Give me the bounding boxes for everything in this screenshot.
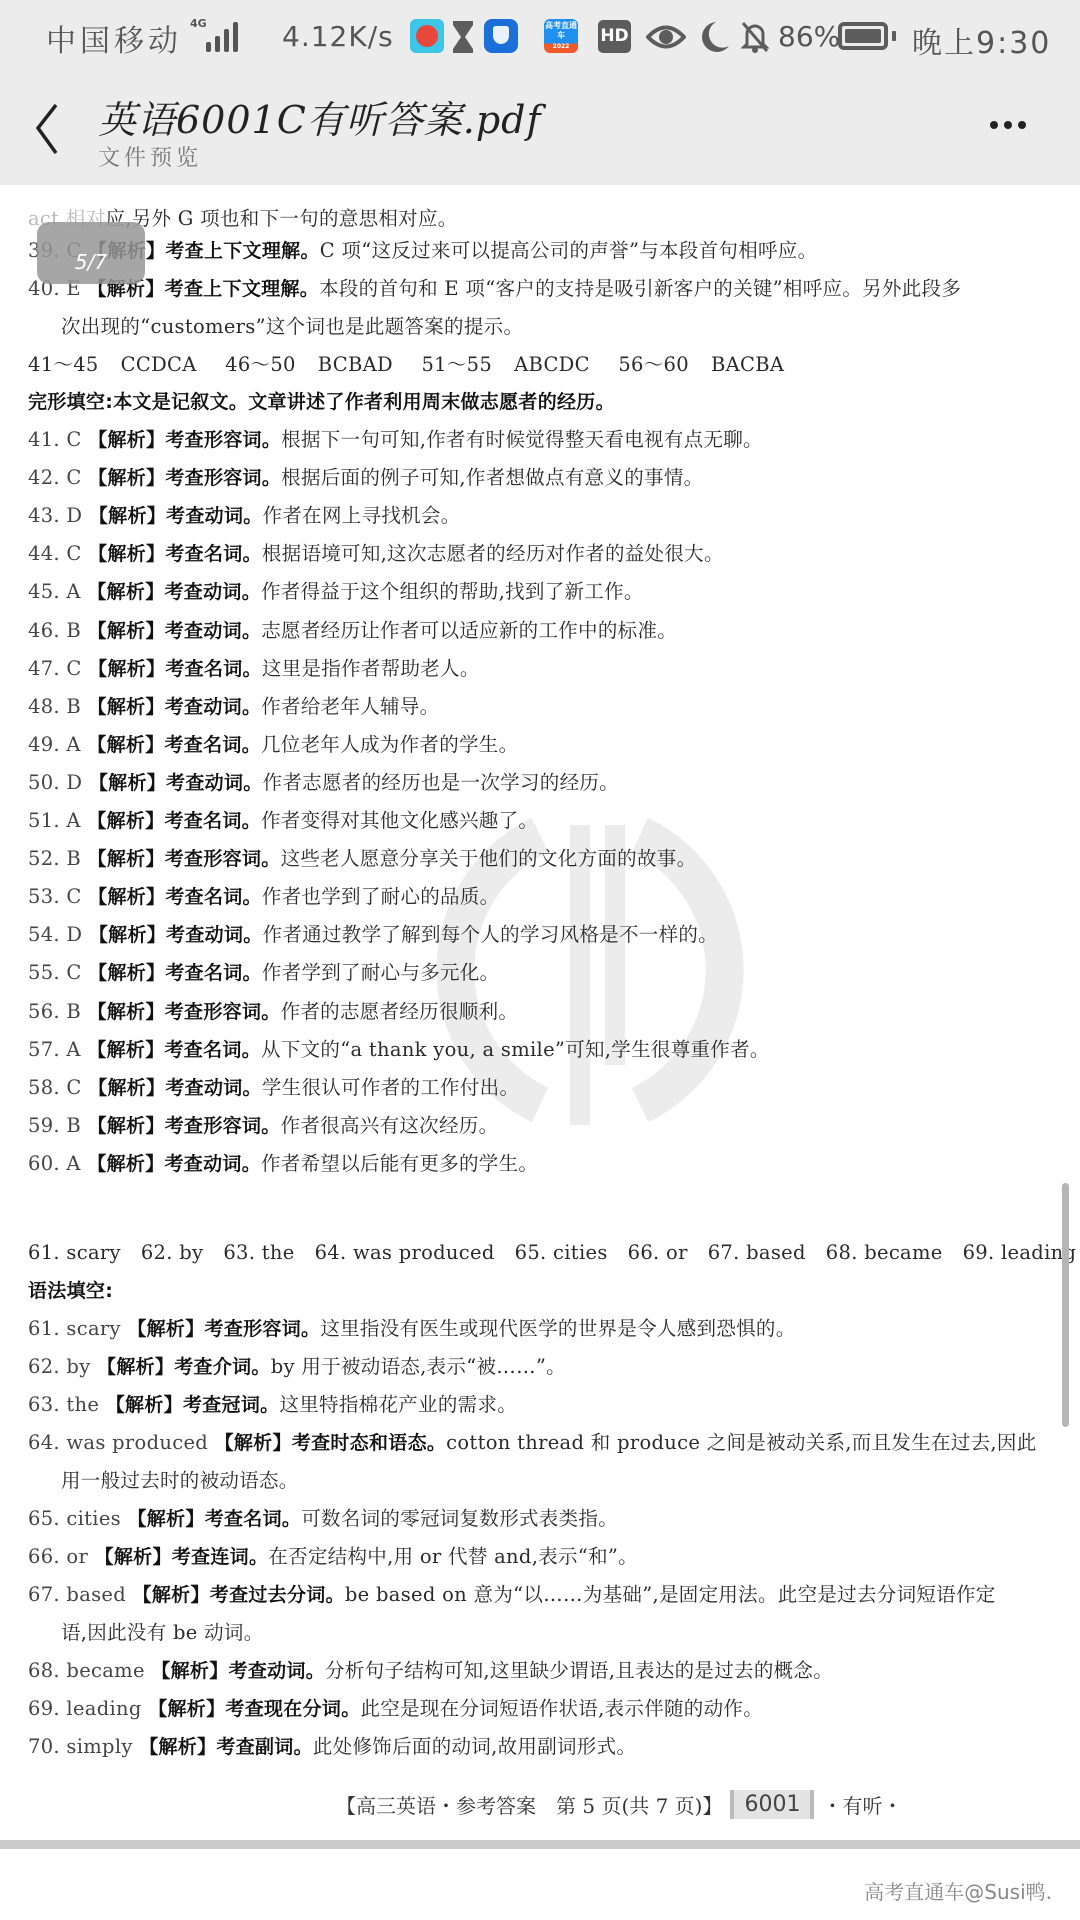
answer-item-40: 40. E 【解析】考查上下文理解。本段的首句和 E 项“客户的支持是吸引新客户…: [28, 275, 961, 303]
grammar-heading: 语法填空:: [28, 1277, 113, 1305]
grammar-answer: 65. cities: [515, 1241, 608, 1264]
document-subtitle: 文件预览: [98, 141, 202, 172]
hourglass-icon: [452, 20, 474, 54]
network-speed: 4.12K/s: [282, 20, 394, 53]
grammar-item: 66. or 【解析】考查连词。在否定结构中,用 or 代替 and,表示“和”…: [28, 1543, 638, 1571]
cloze-item: 49. A 【解析】考查名词。几位老年人成为作者的学生。: [28, 731, 518, 759]
cloze-item: 53. C 【解析】考查名词。作者也学到了耐心的品质。: [28, 883, 499, 911]
cloze-item: 47. C 【解析】考查名词。这里是指作者帮助老人。: [28, 655, 480, 683]
grammar-answer: 64. was produced: [315, 1241, 495, 1264]
eye-icon: [646, 22, 686, 52]
more-options-button[interactable]: [990, 110, 1040, 140]
grammar-answer: 62. by: [141, 1241, 204, 1264]
more-dot-icon: [1018, 121, 1026, 129]
back-button[interactable]: [26, 93, 76, 163]
carrier-name: 中国移动: [46, 16, 182, 60]
grammar-item: 63. the 【解析】考查冠词。这里特指棉花产业的需求。: [28, 1391, 517, 1419]
grammar-item: 65. cities 【解析】考查名词。可数名词的零冠词复数形式表类指。: [28, 1505, 618, 1533]
cloze-item: 45. A 【解析】考查动词。作者得益于这个组织的帮助,找到了新工作。: [28, 578, 644, 606]
cloze-item: 46. B 【解析】考查动词。志愿者经历让作者可以适应新的工作中的标准。: [28, 617, 677, 645]
pdf-page-viewer[interactable]: 5/7 act 相对应,另外 G 项也和下一句的意思相对应。 39. C 【解析…: [0, 185, 1080, 1840]
grammar-answer: 63. the: [223, 1241, 294, 1264]
title-bar: 英语6001C有听答案.pdf 文件预览: [0, 75, 1080, 185]
grammar-answer: 66. or: [628, 1241, 688, 1264]
cloze-item: 55. C 【解析】考查名词。作者学到了耐心与多元化。: [28, 959, 499, 987]
cloze-item: 52. B 【解析】考查形容词。这些老人愿意分享关于他们的文化方面的故事。: [28, 845, 696, 873]
grammar-item: 62. by 【解析】考查介词。by 用于被动语态,表示“被……”。: [28, 1353, 566, 1381]
more-dot-icon: [990, 121, 998, 129]
credit-watermark: 高考直通车@Susi鸭.: [864, 1876, 1052, 1905]
grammar-answer: 69. leading: [963, 1241, 1077, 1264]
page-indicator: 5/7: [37, 222, 145, 284]
cloze-item: 48. B 【解析】考查动词。作者给老年人辅导。: [28, 693, 439, 721]
cloze-item: 59. B 【解析】考查形容词。作者很高兴有这次经历。: [28, 1112, 498, 1140]
cloze-item: 44. C 【解析】考查名词。根据语境可知,这次志愿者的经历对作者的益处很大。: [28, 540, 724, 568]
grammar-answer: 61. scary: [28, 1241, 121, 1264]
cloze-item: 41. C 【解析】考查形容词。根据下一句可知,作者有时候觉得整天看电视有点无聊…: [28, 426, 763, 454]
grammar-item: 67. based 【解析】考查过去分词。be based on 意为“以……为…: [28, 1581, 996, 1609]
cloze-item: 42. C 【解析】考查形容词。根据后面的例子可知,作者想做点有意义的事情。: [28, 464, 703, 492]
battery-percent: 86%: [778, 20, 840, 53]
clock: 晚上9:30: [912, 18, 1051, 62]
document-title: 英语6001C有听答案.pdf: [98, 89, 542, 144]
grammar-answer: 67. based: [708, 1241, 806, 1264]
gaokao-2022-icon: [410, 19, 444, 53]
cloze-item: 50. D 【解析】考查动词。作者志愿者的经历也是一次学习的经历。: [28, 769, 619, 797]
paper-code: 6001: [730, 1790, 814, 1819]
cloze-item: 56. B 【解析】考查形容词。作者的志愿者经历很顺利。: [28, 998, 518, 1026]
grammar-item-cont: 语,因此没有 be 动词。: [61, 1619, 264, 1647]
hd-icon: HD: [598, 20, 631, 53]
grammar-item: 61. scary 【解析】考查形容词。这里指没有医生或现代医学的世界是令人感到…: [28, 1315, 796, 1343]
cloze-item: 43. D 【解析】考查动词。作者在网上寻找机会。: [28, 502, 461, 530]
grammar-item: 69. leading 【解析】考查现在分词。此空是现在分词短语作状语,表示伴随…: [28, 1695, 763, 1723]
grammar-item-cont: 用一般过去时的被动语态。: [61, 1467, 299, 1495]
moon-icon: [698, 20, 730, 54]
shield-icon: [484, 19, 518, 53]
cloze-answer-key: 41～45CCDCA 46～50BCBAD 51～55ABCDC 56～60BA…: [28, 351, 806, 379]
answer-item-40-cont: 次出现的“customers”这个词也是此题答案的提示。: [61, 313, 523, 341]
cloze-item: 51. A 【解析】考查名词。作者变得对其他文化感兴趣了。: [28, 807, 538, 835]
answer-item-39: 39. C 【解析】考查上下文理解。C 项“这反过来可以提高公司的声誉”与本段首…: [28, 237, 817, 265]
chevron-left-icon: [26, 93, 76, 163]
grammar-item: 70. simply 【解析】考查副词。此处修饰后面的动词,故用副词形式。: [28, 1733, 636, 1761]
bell-off-icon: [740, 20, 770, 54]
grammar-answer-key: 61. scary62. by63. the64. was produced65…: [28, 1239, 1080, 1267]
cloze-heading: 完形填空:本文是记叙文。文章讲述了作者利用周末做志愿者的经历。: [28, 388, 615, 416]
status-bar: 中国移动 4G 4.12K/s 高考直通车2022 HD 86% 晚上9:30: [0, 0, 1080, 75]
more-dot-icon: [1004, 121, 1012, 129]
gaokao-zhitongche-icon: 高考直通车2022: [544, 19, 578, 53]
scrollbar[interactable]: [1062, 1183, 1069, 1427]
page-divider: [0, 1840, 1080, 1849]
cloze-item: 58. C 【解析】考查动词。学生很认可作者的工作付出。: [28, 1074, 519, 1102]
grammar-answer: 68. became: [826, 1241, 943, 1264]
page-footer: 【高三英语・参考答案 第 5 页(共 7 页)】 6001 ・有听・: [336, 1790, 902, 1819]
grammar-item: 64. was produced 【解析】考查时态和语态。cotton thre…: [28, 1429, 1037, 1457]
grammar-item: 68. became 【解析】考查动词。分析句子结构可知,这里缺少谓语,且表达的…: [28, 1657, 833, 1685]
battery-icon: [838, 22, 888, 50]
cloze-item: 60. A 【解析】考查动词。作者希望以后能有更多的学生。: [28, 1150, 538, 1178]
cloze-item: 57. A 【解析】考查名词。从下文的“a thank you, a smile…: [28, 1036, 770, 1064]
cloze-item: 54. D 【解析】考查动词。作者通过教学了解到每个人的学习风格是不一样的。: [28, 921, 718, 949]
